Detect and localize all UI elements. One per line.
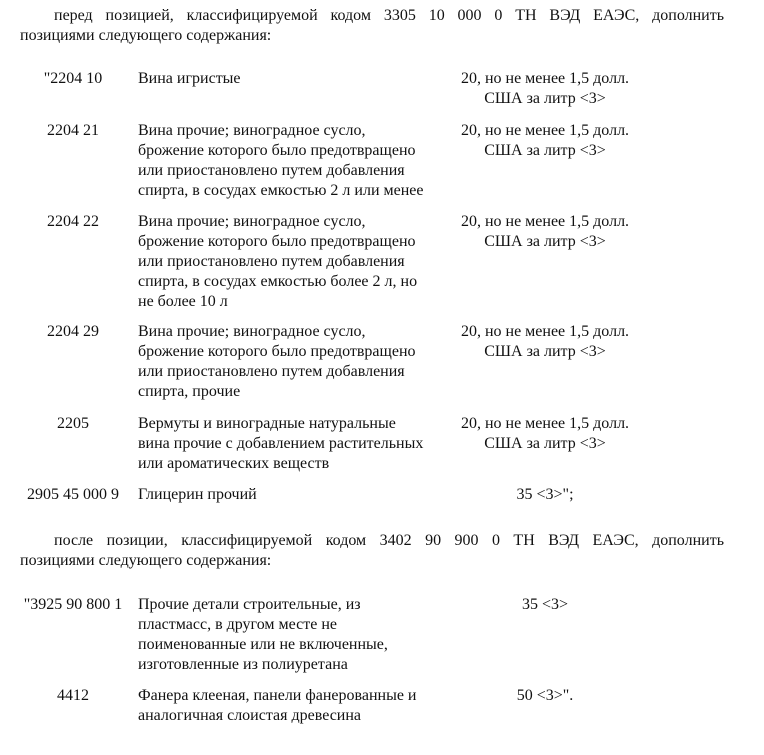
duty-line: США за литр <3>: [450, 434, 640, 454]
duty-line: 50 <3>".: [450, 686, 640, 706]
intro-line: позициями следующего содержания:: [20, 551, 724, 571]
duty-line: США за литр <3>: [450, 342, 640, 362]
duty-rate: 20, но не менее 1,5 долл.США за литр <3>: [450, 414, 640, 454]
description-line: брожение которого было предотвращено: [138, 342, 448, 362]
goods-description: Фанера клееная, панели фанерованные иана…: [138, 686, 448, 726]
duty-rate: 50 <3>".: [450, 686, 640, 706]
goods-description: Вина прочие; виноградное сусло,брожение …: [138, 212, 448, 312]
tn-ved-code: 2204 29: [18, 322, 128, 342]
description-line: не более 10 л: [138, 292, 448, 312]
section-2-intro: после позиции, классифицируемой кодом 34…: [20, 531, 724, 571]
description-line: Прочие детали строительные, из: [138, 595, 448, 615]
tn-ved-code: 2905 45 000 9: [18, 485, 128, 505]
description-line: брожение которого было предотвращено: [138, 232, 448, 252]
description-line: спирта, в сосудах емкостью более 2 л, но: [138, 272, 448, 292]
description-line: спирта, прочие: [138, 382, 448, 402]
duty-line: 35 <3>";: [450, 485, 640, 505]
duty-line: 20, но не менее 1,5 долл.: [450, 414, 640, 434]
tn-ved-code: 4412: [18, 686, 128, 706]
tn-ved-code: "2204 10: [18, 69, 128, 89]
description-line: или приостановлено путем добавления: [138, 252, 448, 272]
duty-rate: 20, но не менее 1,5 долл.США за литр <3>: [450, 212, 640, 252]
duty-line: 20, но не менее 1,5 долл.: [450, 322, 640, 342]
duty-rate: 35 <3>: [450, 595, 640, 615]
duty-line: 20, но не менее 1,5 долл.: [450, 212, 640, 232]
description-line: брожение которого было предотвращено: [138, 141, 448, 161]
description-line: Вина прочие; виноградное сусло,: [138, 121, 448, 141]
description-line: Вина прочие; виноградное сусло,: [138, 212, 448, 232]
duty-line: США за литр <3>: [450, 232, 640, 252]
intro-line: после позиции, классифицируемой кодом 34…: [20, 531, 724, 551]
description-line: Вина прочие; виноградное сусло,: [138, 322, 448, 342]
goods-description: Глицерин прочий: [138, 485, 448, 505]
duty-line: 35 <3>: [450, 595, 640, 615]
description-line: или приостановлено путем добавления: [138, 161, 448, 181]
duty-line: 20, но не менее 1,5 долл.: [450, 69, 640, 89]
description-line: Вермуты и виноградные натуральные: [138, 414, 448, 434]
tn-ved-code: 2204 22: [18, 212, 128, 232]
goods-description: Прочие детали строительные, изпластмасс,…: [138, 595, 448, 675]
description-line: пластмасс, в другом месте не: [138, 615, 448, 635]
goods-description: Вина прочие; виноградное сусло,брожение …: [138, 121, 448, 201]
duty-line: 20, но не менее 1,5 долл.: [450, 121, 640, 141]
goods-description: Вермуты и виноградные натуральныевина пр…: [138, 414, 448, 474]
description-line: поименованные или не включенные,: [138, 635, 448, 655]
duty-line: США за литр <3>: [450, 89, 640, 109]
description-line: спирта, в сосудах емкостью 2 л или менее: [138, 181, 448, 201]
description-line: вина прочие с добавлением растительных: [138, 434, 448, 454]
tn-ved-code: 2204 21: [18, 121, 128, 141]
description-line: Фанера клееная, панели фанерованные и: [138, 686, 448, 706]
intro-line: перед позицией, классифицируемой кодом 3…: [20, 6, 724, 26]
description-line: или ароматических веществ: [138, 454, 448, 474]
description-line: Глицерин прочий: [138, 485, 448, 505]
duty-rate: 35 <3>";: [450, 485, 640, 505]
description-line: аналогичная слоистая древесина: [138, 706, 448, 726]
description-line: изготовленные из полиуретана: [138, 655, 448, 675]
duty-rate: 20, но не менее 1,5 долл.США за литр <3>: [450, 322, 640, 362]
tn-ved-code: "3925 90 800 1: [18, 595, 128, 615]
description-line: или приостановлено путем добавления: [138, 362, 448, 382]
duty-rate: 20, но не менее 1,5 долл.США за литр <3>: [450, 69, 640, 109]
duty-rate: 20, но не менее 1,5 долл.США за литр <3>: [450, 121, 640, 161]
section-1-intro: перед позицией, классифицируемой кодом 3…: [20, 6, 724, 46]
duty-line: США за литр <3>: [450, 141, 640, 161]
goods-description: Вина прочие; виноградное сусло,брожение …: [138, 322, 448, 402]
intro-line: позициями следующего содержания:: [20, 26, 724, 46]
tn-ved-code: 2205: [18, 414, 128, 434]
description-line: Вина игристые: [138, 69, 448, 89]
goods-description: Вина игристые: [138, 69, 448, 89]
